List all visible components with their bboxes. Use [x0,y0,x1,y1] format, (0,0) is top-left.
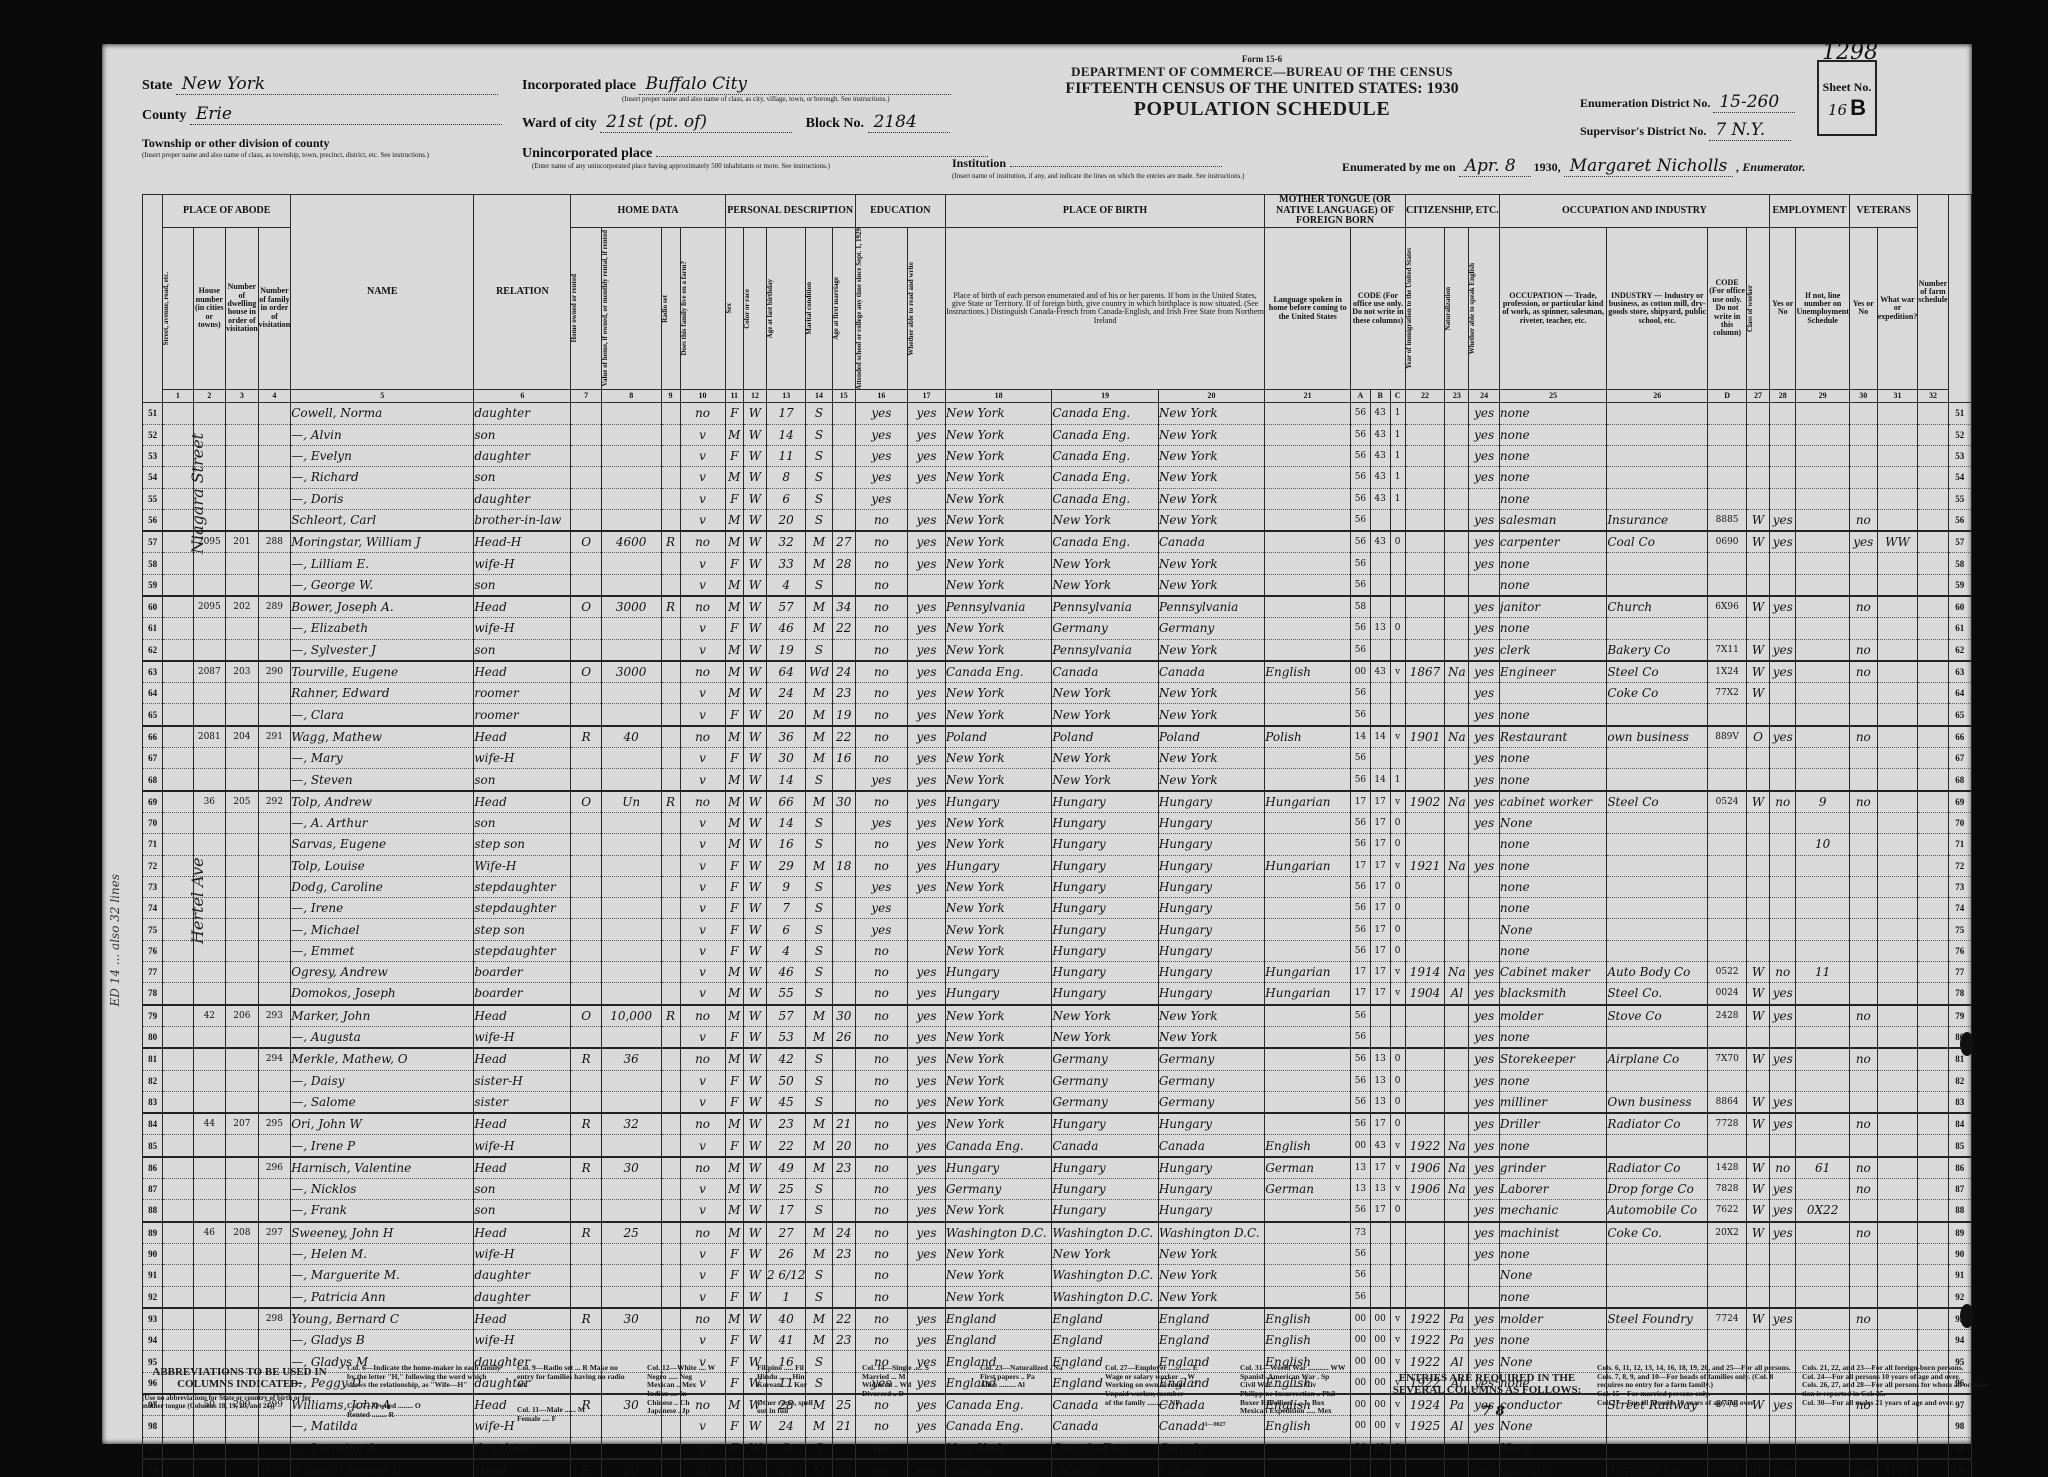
line-number-right: 57 [1948,531,1971,553]
line-number-right: 56 [1948,509,1971,531]
cell-farm-sched [1918,1330,1948,1351]
cell-bp-person: Indiana [945,1459,1051,1477]
cell-age: 57 [766,1005,805,1027]
cell-marital: M [806,1222,832,1244]
line-number: 80 [143,1026,163,1048]
cell-tongue [1265,812,1351,833]
cell-dwelling [226,1157,259,1179]
unincorporated-label: Unincorporated place [522,146,652,161]
cell-read [908,1265,946,1286]
cell-race: W [743,488,766,509]
cell-house [193,1243,226,1264]
cell-marital: S [806,1265,832,1286]
cell-codeA: 56 [1351,769,1371,791]
cell-radio [661,1157,680,1179]
line-number: 67 [143,748,163,769]
cell-industry [1607,769,1708,791]
cell-farm: v [680,876,725,897]
cell-immig [1405,940,1444,961]
cell-tongue [1265,618,1351,639]
cell-family [258,834,291,855]
cell-class [1747,1286,1770,1308]
column-number: 13 [766,390,805,403]
cell-dwelling [226,1091,259,1113]
column-number: 30 [1849,390,1877,403]
abbr-col12-other: Filipino ..... Fil Hindu ...... Hin Kore… [757,1364,813,1416]
cell-codeA: 56 [1351,531,1371,553]
cell-natur [1445,1200,1469,1222]
cell-school: no [855,683,907,704]
cell-owned [571,834,601,855]
cell-house [193,618,226,639]
cell-farm-sched [1918,445,1948,466]
cell-race: W [743,876,766,897]
cell-tongue [1265,1222,1351,1244]
cell-bp-father: Hungary [1052,876,1158,897]
column-number: 27 [1747,390,1770,403]
table-row: 100300Wilson, Chester L.HeadR20noMW24M29… [143,1459,1972,1477]
cell-street [163,639,193,661]
cell-codeB: 43 [1370,1437,1390,1459]
cell-marital: M [806,1026,832,1048]
line-number-right: 61 [1948,618,1971,639]
cell-class [1747,1330,1770,1351]
cell-read [908,898,946,919]
cell-name: —, Clara [291,704,474,726]
cell-farm-sched [1918,1222,1948,1244]
group-relation: RELATION [474,195,571,390]
cell-radio [661,1459,680,1477]
cell-bp-person: New York [945,683,1051,704]
cell-dwelling [226,1179,259,1200]
cell-farm: v [680,1437,725,1459]
cell-radio [661,898,680,919]
cell-codeA: 56 [1351,1091,1371,1113]
cell-unemp [1796,1048,1849,1070]
cell-tongue [1265,1437,1351,1459]
abbr-col9: Col. 9—Radio set ... R Make no entry for… [517,1364,627,1390]
cell-owned [571,769,601,791]
cell-age: 20 [766,704,805,726]
cell-natur [1445,1222,1469,1244]
cell-natur [1445,1091,1469,1113]
cell-unemp [1796,467,1849,488]
cell-marital: M [806,1005,832,1027]
cell-codeA: 56 [1351,919,1371,940]
cell-owned [571,403,601,424]
cell-dwelling [226,812,259,833]
cell-codeA: 56 [1351,553,1371,574]
cell-codeB: 17 [1370,812,1390,833]
cell-vet [1849,1330,1877,1351]
cell-dwelling [226,983,259,1005]
cell-value: 32 [601,1113,661,1135]
cell-school: no [855,531,907,553]
cell-marital: S [806,424,832,445]
cell-codeB [1370,1459,1390,1477]
cell-immig [1405,812,1444,833]
cell-class: W [1747,1048,1770,1070]
cell-industry: Insurance [1607,509,1708,531]
cell-family [258,1330,291,1351]
cell-occupation: Driller [1499,1113,1606,1135]
cell-name: —, Sylvester J [291,639,474,661]
cell-english [1469,898,1499,919]
cell-unemp [1796,488,1849,509]
cell-codeD [1708,553,1747,574]
cell-natur [1445,940,1469,961]
cell-relation: stepdaughter [474,876,571,897]
cell-farm-sched [1918,1135,1948,1157]
cell-vet [1849,403,1877,424]
cell-english: yes [1469,791,1499,813]
cell-farm: v [680,1179,725,1200]
cell-relation: wife-H [474,748,571,769]
cell-unemp [1796,618,1849,639]
cell-relation: Head [474,726,571,748]
cell-class [1747,704,1770,726]
line-number-right: 51 [1948,403,1971,424]
cell-dwelling [226,403,259,424]
cell-name: —, A. Arthur [291,812,474,833]
cell-house [193,1157,226,1179]
institution-instructions: (Insert name of institution, if any, and… [952,172,1245,180]
cell-codeD: 7724 [1708,1308,1747,1330]
cell-war [1877,596,1918,618]
cell-dwelling: 207 [226,1113,259,1135]
cell-age: 36 [766,726,805,748]
cell-codeB: 17 [1370,1113,1390,1135]
census-title: FIFTEENTH CENSUS OF THE UNITED STATES: 1… [982,80,1542,98]
line-number: 91 [143,1265,163,1286]
cell-street [163,1437,193,1459]
cell-owned [571,962,601,983]
cell-natur [1445,1243,1469,1264]
cell-codeC [1390,574,1405,596]
census-title-block: Form 15-6 DEPARTMENT OF COMMERCE—BUREAU … [982,54,1542,121]
cell-bp-mother: Hungary [1158,962,1264,983]
cell-owned [571,748,601,769]
cell-bp-person: New York [945,639,1051,661]
cell-at-work: yes [1770,1459,1796,1477]
cell-race: W [743,531,766,553]
cell-farm-sched [1918,834,1948,855]
cell-race: W [743,1048,766,1070]
cell-farm: v [680,919,725,940]
cell-unemp [1796,812,1849,833]
cell-value [601,1437,661,1459]
cell-codeB: 17 [1370,876,1390,897]
cell-occupation: carpenter [1499,531,1606,553]
cell-tongue [1265,1200,1351,1222]
cell-immig [1405,704,1444,726]
cell-value: 30 [601,1308,661,1330]
cell-war [1877,1005,1918,1027]
group-home-data: HOME DATA [571,195,725,228]
group-personal: PERSONAL DESCRIPTION [725,195,855,228]
cell-vet [1849,748,1877,769]
column-number: 22 [1405,390,1444,403]
table-row: 56Schleort, Carlbrother-in-lawvMW20Snoye… [143,509,1972,531]
cell-name: —, Evelyn [291,445,474,466]
cell-age-marr: 22 [832,1308,855,1330]
cell-sex: M [725,983,743,1005]
cell-age-marr: 22 [832,618,855,639]
cell-read: yes [908,791,946,813]
cell-codeD [1708,769,1747,791]
line-number-right: 94 [1948,1330,1971,1351]
cell-marital: M [806,791,832,813]
cell-age: 4 [766,940,805,961]
cell-war [1877,661,1918,683]
cell-bp-mother: Hungary [1158,791,1264,813]
cell-sex: M [725,1113,743,1135]
cell-codeA: 56 [1351,748,1371,769]
table-row: 8946208297Sweeney, John HHeadR25noMW27M2… [143,1222,1972,1244]
cell-codeC [1390,1459,1405,1477]
cell-unemp [1796,876,1849,897]
cell-occupation: Storekeeper [1499,1048,1606,1070]
cell-at-work: yes [1770,509,1796,531]
cell-owned [571,855,601,876]
cell-codeD [1708,445,1747,466]
cell-bp-person: Germany [945,1179,1051,1200]
table-row: 88—, FranksonvMW17SnoyesNew YorkHungaryH… [143,1200,1972,1222]
cell-school: no [855,618,907,639]
enumerated-label: Enumerated by me on [1342,160,1456,174]
cell-age: 17 [766,1200,805,1222]
cell-value [601,574,661,596]
cell-family [258,812,291,833]
cell-immig [1405,509,1444,531]
cell-industry: Automobile Co [1607,1200,1708,1222]
cell-name: —, Gladys B [291,1330,474,1351]
cell-house: 2095 [193,531,226,553]
cell-codeC: 0 [1390,898,1405,919]
cell-farm-sched [1918,983,1948,1005]
line-number-right: 98 [1948,1416,1971,1437]
cell-radio [661,1437,680,1459]
cell-unemp [1796,1222,1849,1244]
cell-codeB: 17 [1370,1200,1390,1222]
cell-bp-mother: Hungary [1158,1157,1264,1179]
cell-war [1877,855,1918,876]
cell-radio [661,1243,680,1264]
cell-school: no [855,1286,907,1308]
cell-at-work: no [1770,962,1796,983]
cell-bp-mother: New York [1158,553,1264,574]
line-number: 53 [143,445,163,466]
cell-class [1747,769,1770,791]
cell-war [1877,1222,1918,1244]
cell-farm-sched [1918,1157,1948,1179]
column-number: 24 [1469,390,1499,403]
cell-industry: Steel Co [1607,791,1708,813]
cell-race: W [743,1026,766,1048]
table-row: 87—, NicklossonvMW25SnoyesGermanyHungary… [143,1179,1972,1200]
cell-industry [1607,812,1708,833]
cell-codeB: 00 [1370,1308,1390,1330]
cell-codeB: 17 [1370,940,1390,961]
cell-read: yes [908,704,946,726]
cell-class: W [1747,1222,1770,1244]
cell-codeC: 1 [1390,488,1405,509]
cell-marital: S [806,834,832,855]
cell-codeC: 0 [1390,1091,1405,1113]
cell-school: yes [855,876,907,897]
cell-radio [661,424,680,445]
group-name: NAME [291,195,474,390]
cell-value [601,812,661,833]
cell-codeD [1708,1437,1747,1459]
cell-age: 55 [766,983,805,1005]
cell-name: —, Alvin [291,424,474,445]
cell-bp-father: New York [1052,704,1158,726]
punch-hole [1960,1032,1974,1056]
cell-unemp [1796,769,1849,791]
cell-street [163,403,193,424]
cell-age: 3 [766,1437,805,1459]
cell-school: no [855,661,907,683]
enumerator-label: , Enumerator. [1736,160,1805,174]
cell-industry [1607,1135,1708,1157]
cell-natur: Na [1445,1135,1469,1157]
cell-occupation: none [1499,467,1606,488]
cell-codeC: v [1390,1135,1405,1157]
cell-codeB [1370,574,1390,596]
cell-immig [1405,618,1444,639]
cell-war [1877,1070,1918,1091]
cell-tongue [1265,1113,1351,1135]
column-number: 4 [258,390,291,403]
cell-owned [571,618,601,639]
cell-industry: Coal Co [1607,531,1708,553]
cell-value: Un [601,791,661,813]
cell-bp-person: New York [945,1091,1051,1113]
cell-codeD [1708,467,1747,488]
cell-read: yes [908,1113,946,1135]
cell-war [1877,726,1918,748]
cell-dwelling [226,488,259,509]
line-number: 77 [143,962,163,983]
cell-relation: son [474,769,571,791]
cell-natur [1445,1459,1469,1477]
cell-farm-sched [1918,639,1948,661]
cell-owned: O [571,791,601,813]
cell-war [1877,618,1918,639]
sheet-label: Sheet No. [1819,80,1875,95]
cell-occupation: none [1499,748,1606,769]
sd-label: Supervisor's District No. [1580,124,1706,138]
cell-vet: no [1849,1179,1877,1200]
cell-dwelling [226,1308,259,1330]
cell-vet [1849,919,1877,940]
cell-owned [571,467,601,488]
cell-codeB: 13 [1370,618,1390,639]
cell-occupation: none [1499,553,1606,574]
column-number: 26 [1607,390,1708,403]
cell-natur [1445,1070,1469,1091]
line-number: 65 [143,704,163,726]
cell-family [258,639,291,661]
cell-age: 20 [766,509,805,531]
cell-family [258,467,291,488]
cell-value: 4600 [601,531,661,553]
cell-race: W [743,445,766,466]
unincorporated-value [656,156,988,157]
cell-natur: Al [1445,983,1469,1005]
cell-relation: stepdaughter [474,898,571,919]
cell-dwelling: 203 [226,661,259,683]
cell-age-marr [832,898,855,919]
cell-race: W [743,403,766,424]
cell-owned [571,1026,601,1048]
cell-school: no [855,834,907,855]
cell-sex: M [725,1048,743,1070]
cell-farm-sched [1918,1200,1948,1222]
cell-age-marr [832,876,855,897]
cell-unemp [1796,748,1849,769]
cell-class: W [1747,1179,1770,1200]
cell-codeB: 43 [1370,531,1390,553]
cell-industry: Radiator Co [1607,1113,1708,1135]
cell-bp-father: England [1052,1308,1158,1330]
cell-industry [1607,855,1708,876]
cell-war [1877,1308,1918,1330]
cell-codeD [1708,919,1747,940]
cell-tongue [1265,940,1351,961]
cell-bp-person: Hungary [945,791,1051,813]
cell-vet: no [1849,1048,1877,1070]
header-birth-note: Place of birth of each person enumerated… [945,227,1264,390]
sheet-number: 16 [1828,101,1847,119]
cell-industry [1607,898,1708,919]
cell-family [258,445,291,466]
cell-english: yes [1469,1135,1499,1157]
table-row: 51Cowell, NormadaughternoFW17SyesyesNew … [143,403,1972,424]
cell-owned: R [571,1157,601,1179]
cell-name: Tolp, Louise [291,855,474,876]
cell-street [163,962,193,983]
cell-codeD [1708,1243,1747,1264]
population-rows: 51Cowell, NormadaughternoFW17SyesyesNew … [143,403,1972,1477]
cell-tongue [1265,574,1351,596]
cell-occupation: none [1499,855,1606,876]
cell-marital: M [806,596,832,618]
cell-codeA: 00 [1351,1135,1371,1157]
table-row: 662081204291Wagg, MathewHeadR40noMW36M22… [143,726,1972,748]
cell-industry: Church [1607,596,1708,618]
cell-bp-mother: Germany [1158,1048,1264,1070]
cell-natur [1445,596,1469,618]
column-number: 23 [1445,390,1469,403]
cell-class [1747,1243,1770,1264]
line-number-right: 58 [1948,553,1971,574]
cell-unemp [1796,1308,1849,1330]
cell-school: yes [855,919,907,940]
cell-bp-mother: Pennsylvania [1158,596,1264,618]
cell-house: 36 [193,791,226,813]
header-sex: Sex [726,303,733,314]
column-number: 20 [1158,390,1264,403]
cell-codeC: v [1390,1308,1405,1330]
line-number-right: 74 [1948,898,1971,919]
cell-farm: v [680,574,725,596]
cell-sex: M [725,726,743,748]
cell-bp-mother: New York [1158,509,1264,531]
line-number-right: 63 [1948,661,1971,683]
column-number: 17 [908,390,946,403]
